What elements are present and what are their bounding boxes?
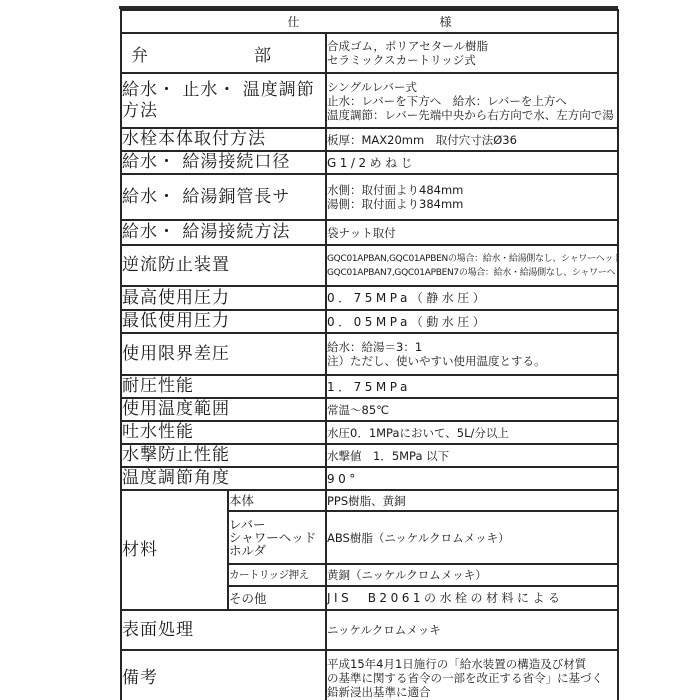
value-line: 水側：取付面より484mm xyxy=(327,183,617,197)
row-value: 平成15年4月1日施行の「給水装置の構造及び材質 の基準に関する省令の一部を改正… xyxy=(326,650,618,700)
row-label: 使用限界差圧 xyxy=(121,333,326,375)
value-line: ABS樹脂（ニッケルクロムメッキ） xyxy=(327,531,617,545)
table-header-row: 仕 様 xyxy=(121,10,618,33)
row-value: 1．75MPa xyxy=(326,375,618,398)
value-line: PPS樹脂、黄銅 xyxy=(327,494,617,508)
label-char: 部 xyxy=(254,41,271,66)
row-label: 吐水性能 xyxy=(121,421,326,444)
material-value: JIS B2061の水栓の材料による xyxy=(326,586,618,610)
row-value: G1/2めねじ xyxy=(326,151,618,174)
value-line: 1．75MPa xyxy=(327,380,617,394)
row-label: 給水・ 止水・ 温度調節方法 xyxy=(121,73,326,128)
row-value: 水撃値 1．5MPa 以下 xyxy=(326,444,618,467)
table-row: 給水・ 給湯銅管長サ 水側：取付面より484mm 湯側：取付面より384mm xyxy=(121,174,618,220)
material-part: 本体 xyxy=(228,490,326,511)
table-header: 仕 様 xyxy=(121,10,618,33)
row-label: 給水・ 給湯接続方法 xyxy=(121,220,326,245)
value-line: 鉛新浸出基準に適合 xyxy=(327,685,617,699)
row-value: 給水：給湯＝3：1 注）ただし、使いやすい使用温度とする。 xyxy=(326,333,618,375)
value-line: 湯側：取付面より384mm xyxy=(327,197,617,211)
table-row: 使用限界差圧 給水：給湯＝3：1 注）ただし、使いやすい使用温度とする。 xyxy=(121,333,618,375)
value-line: 注）ただし、使いやすい使用温度とする。 xyxy=(327,354,617,368)
row-label: 水栓本体取付方法 xyxy=(121,128,326,151)
value-line: GQC01APBAN7,GQC01APBEN7の場合：給水・給湯側なし、シャワー… xyxy=(327,266,617,280)
value-line: 水撃値 1．5MPa 以下 xyxy=(327,449,617,463)
table-row: 耐圧性能 1．75MPa xyxy=(121,375,618,398)
table-row: 水撃防止性能 水撃値 1．5MPa 以下 xyxy=(121,444,618,467)
spec-sheet: 仕 様 弁 部 合成ゴム，ポリアセタール樹脂 セラミックスカートリッジ式 給水・… xyxy=(120,6,617,700)
materials-label: 材料 xyxy=(121,490,228,610)
table-row: 給水・ 止水・ 温度調節方法 シングルレバー式 止水：レバーを下方へ 給水：レバ… xyxy=(121,73,618,128)
table-row: 水栓本体取付方法 板厚：MAX20mm 取付穴寸法Ø36 xyxy=(121,128,618,151)
row-label: 給水・ 給湯接続口径 xyxy=(121,151,326,174)
row-value: 袋ナット取付 xyxy=(326,220,618,245)
row-label: 温度調節角度 xyxy=(121,467,326,490)
row-value: 板厚：MAX20mm 取付穴寸法Ø36 xyxy=(326,128,618,151)
material-part: その他 xyxy=(228,586,326,610)
value-line: 合成ゴム，ポリアセタール樹脂 xyxy=(327,39,617,53)
row-value: 0．05MPa（動水圧） xyxy=(326,310,618,333)
value-line: 給水：給湯＝3：1 xyxy=(327,340,617,354)
value-line: G1/2めねじ xyxy=(327,156,617,170)
value-line: シングルレバー式 xyxy=(327,80,617,94)
table-row: 温度調節角度 90° xyxy=(121,467,618,490)
value-line: 0．75MPa（静水圧） xyxy=(327,291,617,305)
row-value: シングルレバー式 止水：レバーを下方へ 給水：レバーを上方へ 温度調節：レバー先… xyxy=(326,73,618,128)
header-right: 様 xyxy=(440,13,452,30)
value-line: 板厚：MAX20mm 取付穴寸法Ø36 xyxy=(327,133,617,147)
material-value: PPS樹脂、黄銅 xyxy=(326,490,618,511)
materials-row: 材料 本体 PPS樹脂、黄銅 xyxy=(121,490,618,511)
row-value: GQC01APBAN,GQC01APBENの場合：給水・給湯側なし、シャワーヘッ… xyxy=(326,245,618,286)
row-label: 最低使用圧力 xyxy=(121,310,326,333)
row-value: ニッケルクロムメッキ xyxy=(326,610,618,650)
part-line: ホルダ xyxy=(229,544,325,557)
part-line: その他 xyxy=(229,592,325,605)
value-line: 0．05MPa（動水圧） xyxy=(327,315,617,329)
table-row: 最高使用圧力 0．75MPa（静水圧） xyxy=(121,286,618,310)
value-line: 常温～85℃ xyxy=(327,403,617,417)
value-line: 平成15年4月1日施行の「給水装置の構造及び材質 xyxy=(327,657,617,671)
value-line: JIS B2061の水栓の材料による xyxy=(327,591,617,605)
table-row: 給水・ 給湯接続方法 袋ナット取付 xyxy=(121,220,618,245)
part-line: カートリッジ押え xyxy=(229,569,325,582)
value-line: 90° xyxy=(327,472,617,486)
value-line: ニッケルクロムメッキ xyxy=(327,623,617,637)
material-value: ABS樹脂（ニッケルクロムメッキ） xyxy=(326,511,618,564)
label-char: 弁 xyxy=(131,41,148,66)
table-row: 最低使用圧力 0．05MPa（動水圧） xyxy=(121,310,618,333)
row-value: 合成ゴム，ポリアセタール樹脂 セラミックスカートリッジ式 xyxy=(326,33,618,73)
row-label: 表面処理 xyxy=(121,610,326,650)
value-line: の基準に関する省令の一部を改正する省令」に基づく xyxy=(327,671,617,685)
row-value: 常温～85℃ xyxy=(326,398,618,421)
row-label: 耐圧性能 xyxy=(121,375,326,398)
table-row: 使用温度範囲 常温～85℃ xyxy=(121,398,618,421)
table-row: 逆流防止装置 GQC01APBAN,GQC01APBENの場合：給水・給湯側なし… xyxy=(121,245,618,286)
material-part: レバー シャワーヘッド ホルダ xyxy=(228,511,326,564)
value-line: 袋ナット取付 xyxy=(327,226,617,240)
table-row: 吐水性能 水圧0．1MPaにおいて、5L/分以上 xyxy=(121,421,618,444)
row-label: 給水・ 給湯銅管長サ xyxy=(121,174,326,220)
surface-row: 表面処理 ニッケルクロムメッキ xyxy=(121,610,618,650)
table-row: 給水・ 給湯接続口径 G1/2めねじ xyxy=(121,151,618,174)
part-line: 本体 xyxy=(229,494,325,507)
value-line: 黄銅（ニッケルクロムメッキ） xyxy=(327,568,617,582)
row-label: 備考 xyxy=(121,650,326,700)
notes-row: 備考 平成15年4月1日施行の「給水装置の構造及び材質 の基準に関する省令の一部… xyxy=(121,650,618,700)
value-line: 止水：レバーを下方へ 給水：レバーを上方へ xyxy=(327,94,617,108)
header-left: 仕 xyxy=(287,13,299,30)
material-part: カートリッジ押え xyxy=(228,564,326,586)
row-label: 水撃防止性能 xyxy=(121,444,326,467)
row-label: 最高使用圧力 xyxy=(121,286,326,310)
row-label: 弁 部 xyxy=(121,33,326,73)
value-line: GQC01APBAN,GQC01APBENの場合：給水・給湯側なし、シャワーヘッ… xyxy=(327,252,617,266)
row-value: 水圧0．1MPaにおいて、5L/分以上 xyxy=(326,421,618,444)
material-value: 黄銅（ニッケルクロムメッキ） xyxy=(326,564,618,586)
row-value: 水側：取付面より484mm 湯側：取付面より384mm xyxy=(326,174,618,220)
row-value: 0．75MPa（静水圧） xyxy=(326,286,618,310)
spec-table: 仕 様 弁 部 合成ゴム，ポリアセタール樹脂 セラミックスカートリッジ式 給水・… xyxy=(120,9,619,700)
row-value: 90° xyxy=(326,467,618,490)
value-line: 温度調節：レバー先端中央から右方向で水、左方向で湯 xyxy=(327,108,617,122)
table-row: 弁 部 合成ゴム，ポリアセタール樹脂 セラミックスカートリッジ式 xyxy=(121,33,618,73)
value-line: セラミックスカートリッジ式 xyxy=(327,53,617,67)
value-line: 水圧0．1MPaにおいて、5L/分以上 xyxy=(327,426,617,440)
row-label: 逆流防止装置 xyxy=(121,245,326,286)
row-label: 使用温度範囲 xyxy=(121,398,326,421)
